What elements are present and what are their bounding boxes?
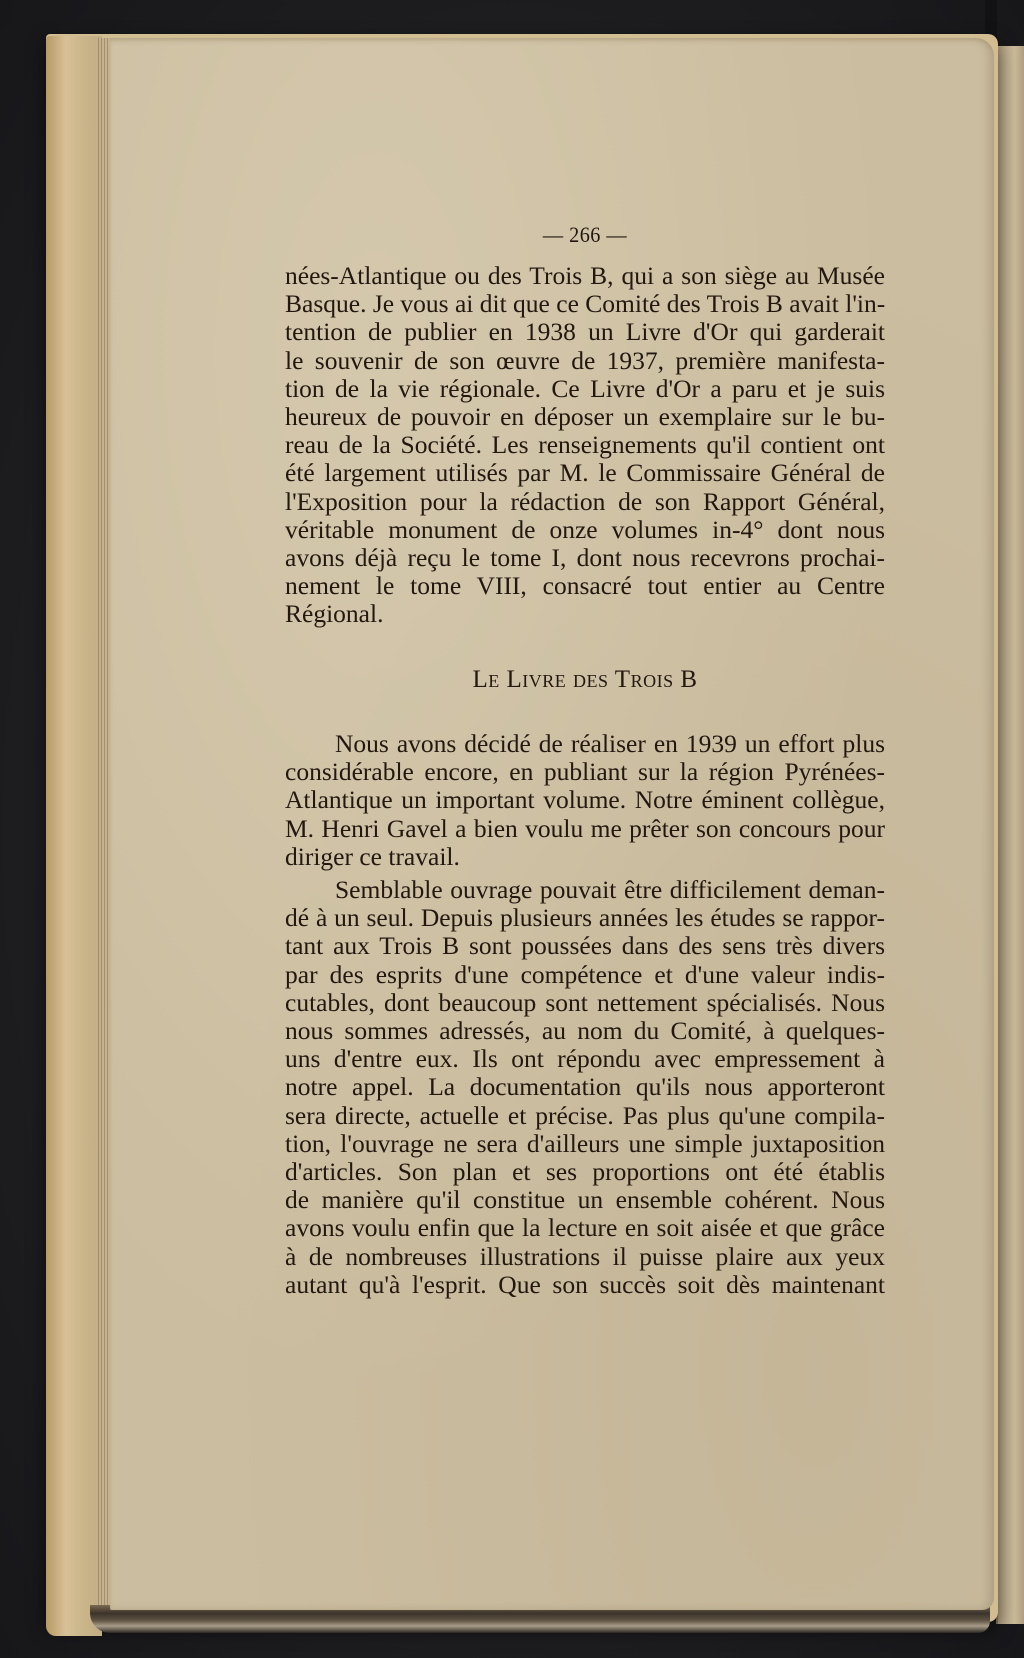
text-line: véritable monument de onze volumes in-4°…: [285, 516, 885, 544]
text-line: heureux de pouvoir en déposer un exempla…: [285, 403, 885, 431]
text-line: reau de la Société. Les renseignements q…: [285, 431, 885, 459]
text-line: notre appel. La documentation qu'ils nou…: [285, 1073, 885, 1101]
text-line: par des esprits d'une compétence et d'un…: [285, 961, 885, 989]
text-line: Basque. Je vous ai dit que ce Comité des…: [285, 290, 885, 318]
text-line: le souvenir de son œuvre de 1937, premiè…: [285, 347, 885, 375]
paragraph-3: Semblable ouvrage pouvait être difficile…: [285, 876, 885, 1299]
text-line: sera directe, actuelle et précise. Pas p…: [285, 1102, 885, 1130]
text-line: Nous avons décidé de réaliser en 1939 un…: [285, 730, 885, 758]
text-line: été largement utilisés par M. le Commiss…: [285, 459, 885, 487]
text-line: Atlantique un important volume. Notre ém…: [285, 786, 885, 814]
text-line: diriger ce travail.: [285, 843, 885, 871]
paragraph-2: Nous avons décidé de réaliser en 1939 un…: [285, 730, 885, 871]
text-line: avons voulu enfin que la lecture en soit…: [285, 1214, 885, 1242]
paragraph-1: nées-Atlantique ou des Trois B, qui a so…: [285, 262, 885, 629]
text-line: l'Exposition pour la rédaction de son Ra…: [285, 488, 885, 516]
text-line: Semblable ouvrage pouvait être difficile…: [285, 876, 885, 904]
text-line: considérable encore, en publiant sur la …: [285, 758, 885, 786]
facing-page-edge: [996, 46, 1024, 1624]
text-line: tant aux Trois B sont poussées dans des …: [285, 932, 885, 960]
text-line: autant qu'à l'esprit. Que son succès soi…: [285, 1271, 885, 1299]
text-line: avons déjà reçu le tome I, dont nous rec…: [285, 544, 885, 572]
text-line: cutables, dont beaucoup sont nettement s…: [285, 989, 885, 1017]
text-line: tention de publier en 1938 un Livre d'Or…: [285, 318, 885, 346]
worn-binding-edge: [46, 36, 102, 1636]
text-line: dé à un seul. Depuis plusieurs années le…: [285, 904, 885, 932]
text-line: uns d'entre eux. Ils ont répondu avec em…: [285, 1045, 885, 1073]
text-line: à de nombreuses illustrations il puisse …: [285, 1243, 885, 1271]
text-line: nées-Atlantique ou des Trois B, qui a so…: [285, 262, 885, 290]
book-page: — 266 — nées-Atlantique ou des Trois B, …: [110, 38, 994, 1610]
text-line: nement le tome VIII, consacré tout entie…: [285, 572, 885, 600]
text-line: tion de la vie régionale. Ce Livre d'Or …: [285, 375, 885, 403]
text-line: nous sommes adressés, au nom du Comité, …: [285, 1017, 885, 1045]
text-line: tion, l'ouvrage ne sera d'ailleurs une s…: [285, 1130, 885, 1158]
page-number: — 266 —: [309, 222, 861, 248]
section-heading: Le Livre des Trois B: [285, 666, 885, 694]
text-line: M. Henri Gavel a bien voulu me prêter so…: [285, 815, 885, 843]
text-line: Régional.: [285, 600, 885, 628]
text-line: de manière qu'il constitue un ensemble c…: [285, 1186, 885, 1214]
text-line: d'articles. Son plan et ses proportions …: [285, 1158, 885, 1186]
